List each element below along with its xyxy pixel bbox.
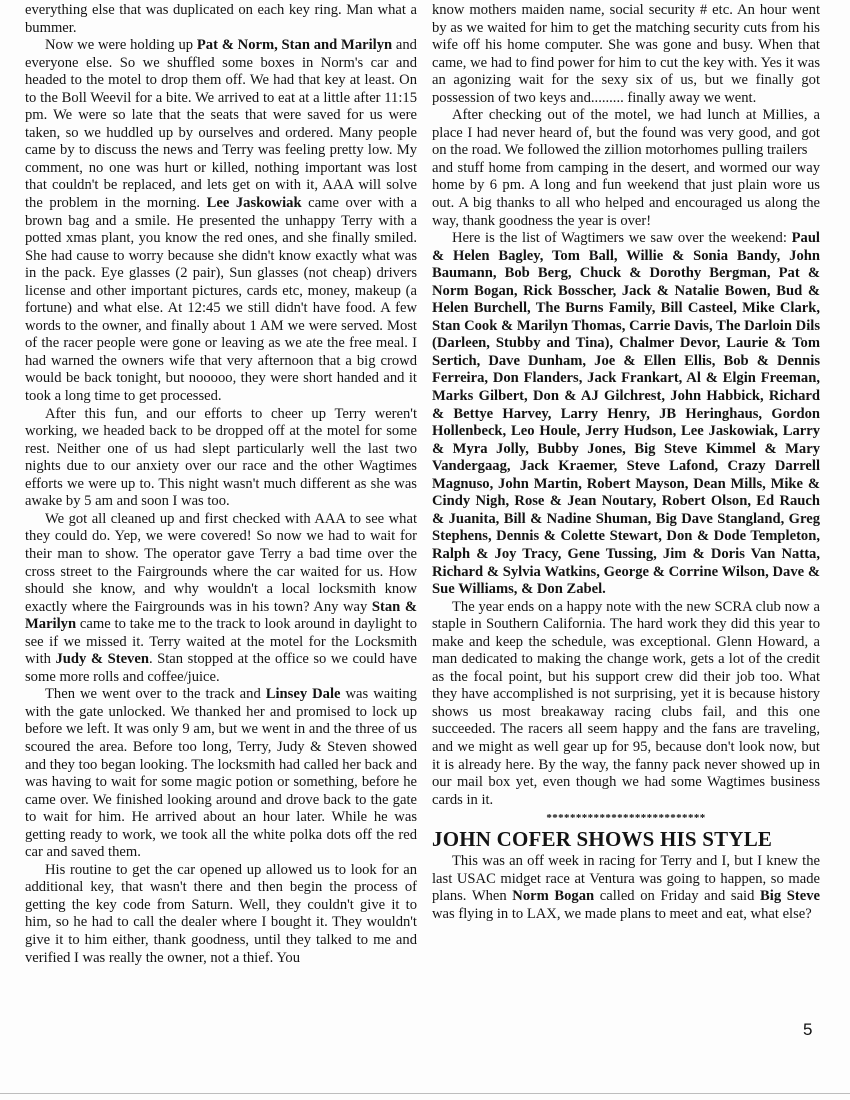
paragraph-continuation: everything else that was duplicated on e… [25,2,417,37]
bold-names: Lee Jaskowiak [207,195,302,211]
right-column: know mothers maiden name, social securit… [432,2,820,923]
bold-names: Linsey Dale [266,686,341,702]
paragraph-motel-rest: After this fun, and our efforts to cheer… [25,406,417,511]
paragraph-home: and stuff home from camping in the deser… [432,160,820,230]
bold-names: Judy & Steven [56,651,149,667]
paragraph-wagtimers-list: Here is the list of Wagtimers we saw ove… [432,230,820,598]
paragraph-scra: The year ends on a happy note with the n… [432,599,820,810]
paragraph-cofer-intro: This was an off week in racing for Terry… [432,853,820,923]
paragraph-locksmith: His routine to get the car opened up all… [25,862,417,967]
paragraph-boll-weevil: Now we were holding up Pat & Norm, Stan … [25,37,417,405]
left-column: everything else that was duplicated on e… [25,2,417,967]
wagtimers-names: Paul & Helen Bagley, Tom Ball, Willie & … [432,230,820,597]
bottom-rule-divider [0,1093,850,1094]
paragraph-key-cut: know mothers maiden name, social securit… [432,2,820,107]
separator-stars: *************************** [432,810,820,826]
bold-names: Big Steve [760,888,820,904]
paragraph-track: Then we went over to the track and Linse… [25,686,417,861]
paragraph-millies: After checking out of the motel, we had … [432,107,820,160]
bold-names: Norm Bogan [512,888,594,904]
newsletter-page: everything else that was duplicated on e… [0,0,850,1100]
article-headline: JOHN COFER SHOWS HIS STYLE [432,828,820,850]
paragraph-aaa: We got all cleaned up and first checked … [25,511,417,686]
bold-names: Pat & Norm, Stan and Marilyn [197,37,392,53]
page-number: 5 [803,1020,812,1040]
